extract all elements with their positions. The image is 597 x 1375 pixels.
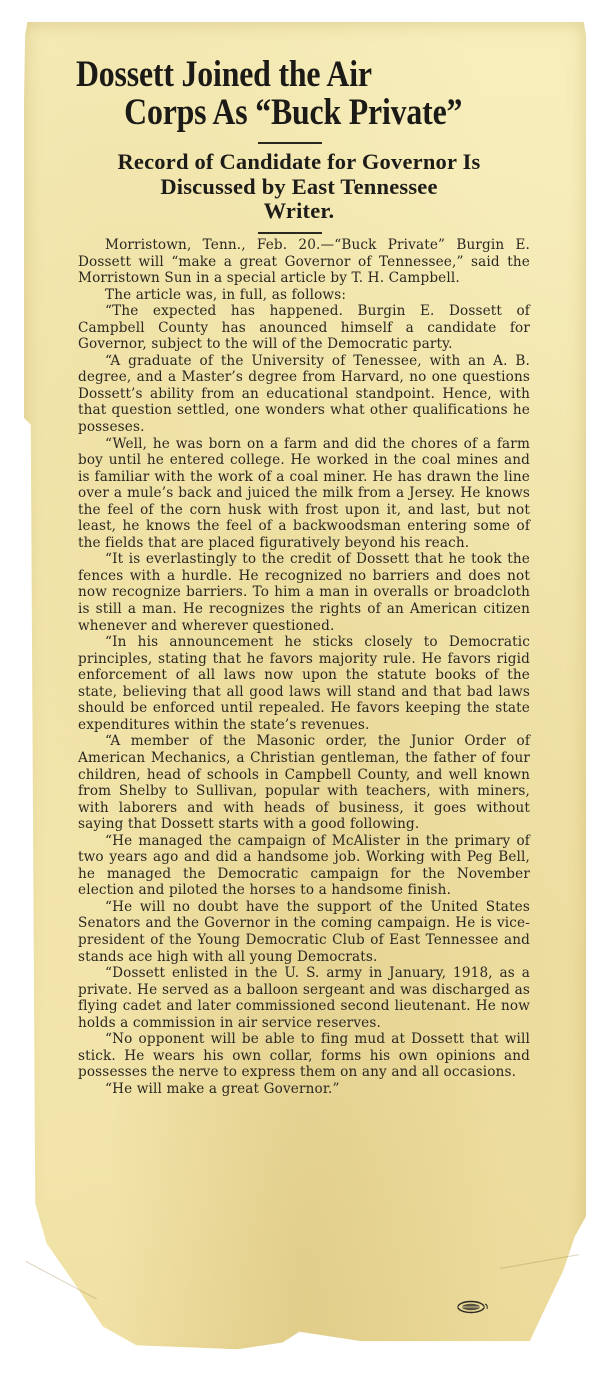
paragraph-closing: “He will make a great Governor.” bbox=[78, 1081, 530, 1098]
subheadline: Record of Candidate for Governor Is Disc… bbox=[66, 150, 532, 224]
paragraph: The article was, in full, as follows: bbox=[78, 287, 530, 304]
headline-line-1: Dossett Joined the Air bbox=[76, 56, 472, 94]
paragraph: “The expected has happened. Burgin E. Do… bbox=[78, 303, 530, 353]
paragraph: “Well, he was born on a farm and did the… bbox=[78, 436, 530, 552]
subhead-line-1: Record of Candidate for Governor Is bbox=[66, 150, 532, 175]
paragraph: “He managed the campaign of McAlister in… bbox=[78, 833, 530, 899]
subhead-divider bbox=[258, 232, 322, 234]
headline-divider bbox=[258, 142, 322, 144]
subhead-line-2: Discussed by East Tennessee bbox=[66, 175, 532, 200]
subhead-line-3: Writer. bbox=[66, 199, 532, 224]
headline-line-2: Corps As “Buck Private” bbox=[76, 94, 472, 132]
paragraph: “It is everlastingly to the credit of Do… bbox=[78, 551, 530, 634]
headline: Dossett Joined the Air Corps As “Buck Pr… bbox=[76, 56, 472, 132]
paragraph: “In his announcement he sticks closely t… bbox=[78, 634, 530, 733]
paragraph: “No opponent will be able to fing mud at… bbox=[78, 1031, 530, 1081]
article-body: Morristown, Tenn., Feb. 20.—“Buck Privat… bbox=[78, 237, 530, 1097]
paragraph: “A graduate of the University of Tenesse… bbox=[78, 353, 530, 436]
union-bug-icon bbox=[456, 1300, 490, 1314]
paragraph-dateline: Morristown, Tenn., Feb. 20.—“Buck Privat… bbox=[78, 237, 530, 287]
paragraph: “He will no doubt have the support of th… bbox=[78, 899, 530, 965]
paragraph: “A member of the Masonic order, the Juni… bbox=[78, 733, 530, 832]
paragraph: “Dossett enlisted in the U. S. army in J… bbox=[78, 965, 530, 1031]
